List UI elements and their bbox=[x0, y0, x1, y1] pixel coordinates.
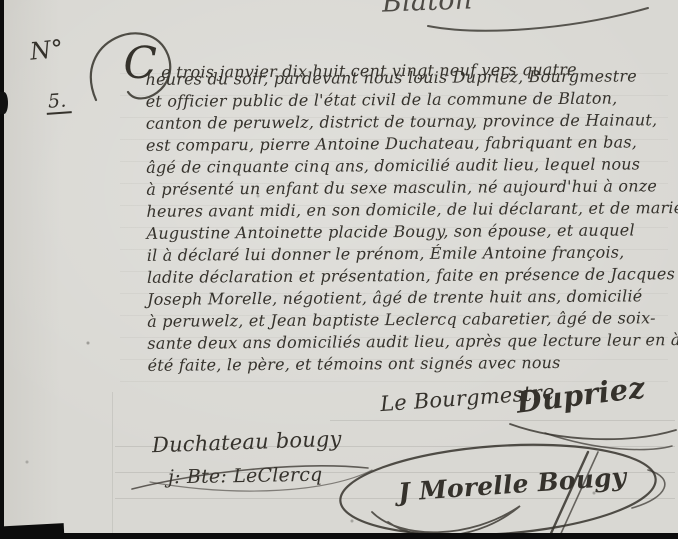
signature-duchateau-bougy: Duchateau bougy bbox=[152, 427, 342, 458]
scan-edge-left bbox=[0, 0, 4, 539]
body-line: il à déclaré lui donner le prénom, Émile… bbox=[147, 242, 625, 264]
body-line: été faite, le père, et témoins ont signé… bbox=[147, 353, 560, 375]
body-line: sante deux ans domiciliés audit lieu, ap… bbox=[147, 330, 678, 353]
body-line: âgé de cinquante cinq ans, domicilié aud… bbox=[146, 154, 640, 176]
morelle-bottom-loop bbox=[372, 506, 520, 536]
body-line: heures du soir, pardevant nous louis Dup… bbox=[145, 66, 636, 88]
body-line: à peruwelz, et Jean baptiste Leclercq ca… bbox=[147, 308, 656, 331]
act-number: 5. bbox=[45, 89, 71, 115]
signature-morelle-bougy: J Morelle Bougy bbox=[397, 462, 627, 507]
act-number-label: N° bbox=[29, 34, 65, 65]
body-line: et officier public de l'état civil de la… bbox=[146, 89, 618, 111]
dupriez-underline-1 bbox=[510, 424, 676, 439]
body-line: heures avant midi, en son domicile, de l… bbox=[146, 198, 678, 221]
body-line: canton de peruwelz, district de tournay,… bbox=[146, 110, 657, 133]
body-line: Joseph Morelle, négotient, âgé de trente… bbox=[147, 286, 642, 308]
scan-edge-bottom bbox=[0, 533, 678, 539]
signature-leclercq: j: Bte: LeClercq bbox=[168, 464, 323, 489]
ruled-line bbox=[330, 420, 675, 421]
body-line: Augustine Antoinette placide Bougy, son … bbox=[147, 220, 635, 242]
ruled-line bbox=[115, 498, 675, 499]
page-header-fragment: Blaton bbox=[381, 0, 472, 19]
scan-edge-blob bbox=[0, 92, 8, 114]
body-line: ladite déclaration et présentation, fait… bbox=[147, 264, 675, 287]
body-line: est comparu, pierre Antoine Duchateau, f… bbox=[146, 132, 637, 154]
scanned-register-page: Blaton N° 5. Ce trois janvier dix huit c… bbox=[0, 0, 678, 539]
fold-line bbox=[112, 392, 113, 539]
dupriez-underline-2 bbox=[545, 433, 672, 450]
body-line: à présenté un enfant du sexe masculin, n… bbox=[146, 176, 657, 199]
morelle-tail-flourish bbox=[632, 470, 665, 508]
